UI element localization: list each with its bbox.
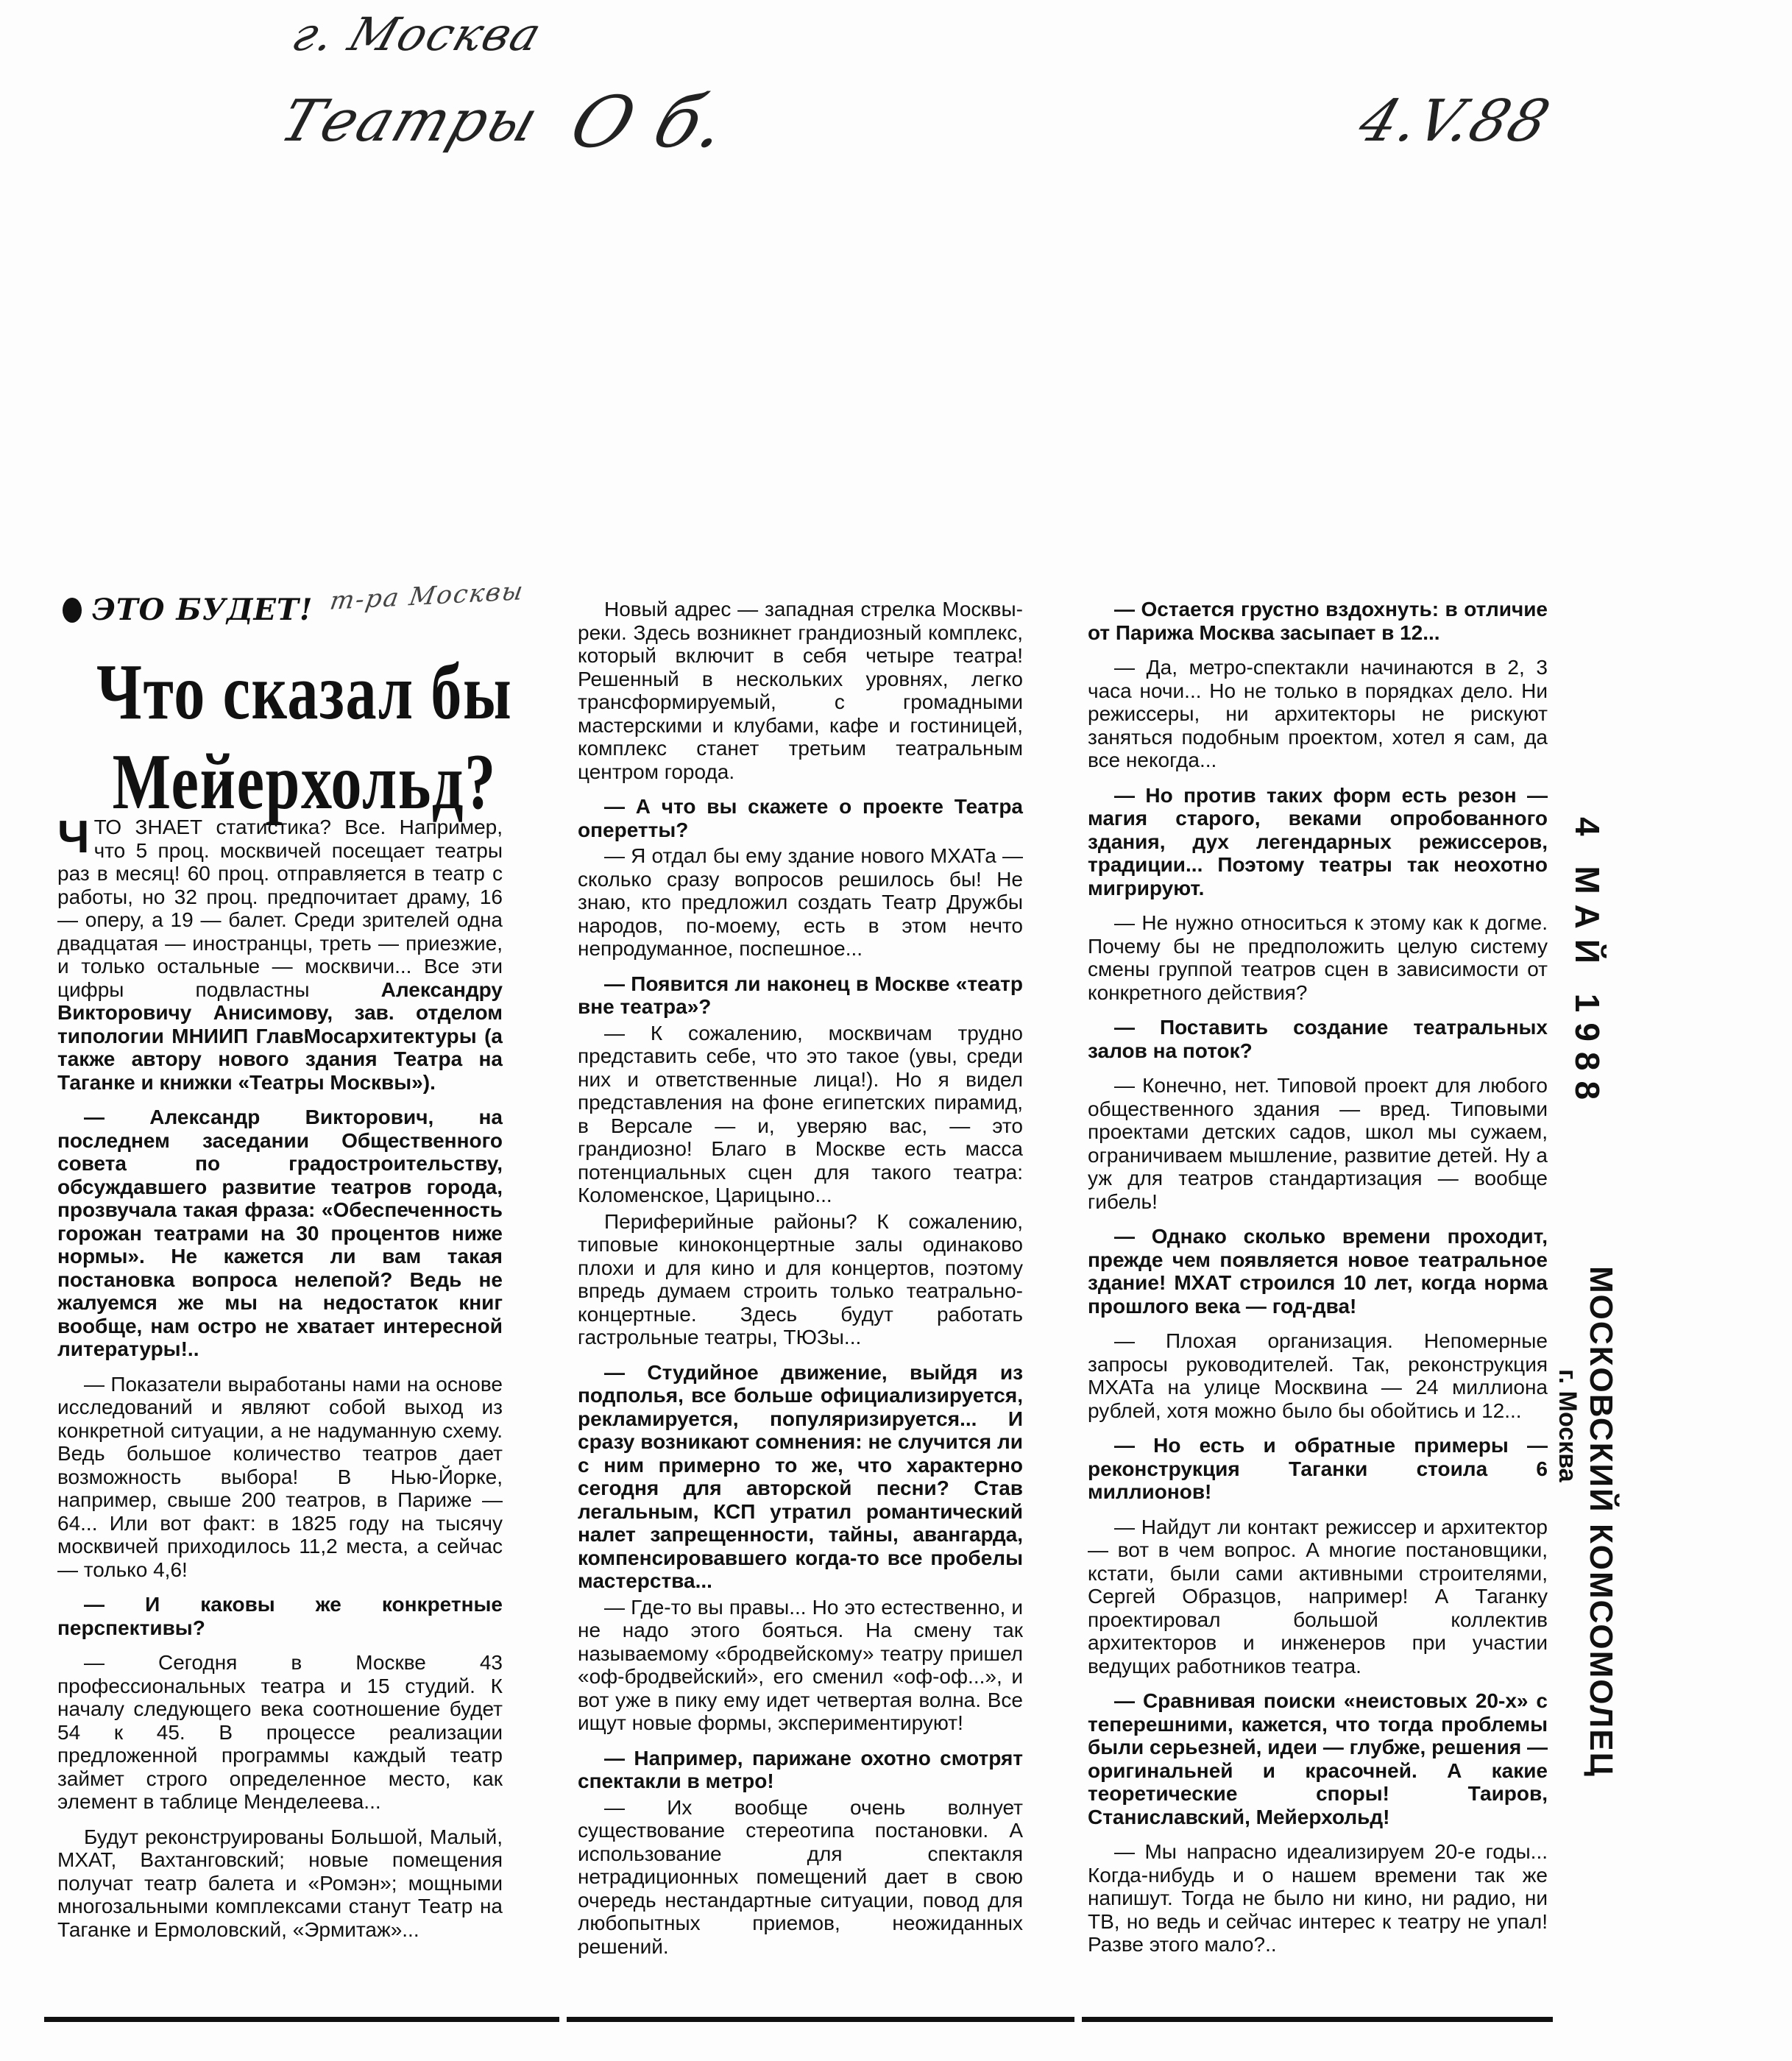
drop-cap: Ч [57, 817, 90, 858]
question-paragraph: — Появится ли наконец в Москве «театр вн… [578, 972, 1023, 1019]
answer-paragraph: — Да, метро-спектакли начинаются в 2, 3 … [1088, 656, 1548, 772]
question-paragraph: — Александр Викторович, на последнем зас… [57, 1106, 503, 1361]
stamp-newspaper: МОСКОВСКИЙ КОМСОМОЛЕЦ [1582, 1266, 1619, 1778]
answer-paragraph: Будут реконструированы Большой, Малый, М… [57, 1825, 503, 1942]
handwritten-mark: О б. [561, 81, 740, 163]
column-rule [44, 2017, 559, 2022]
lead-paragraph: ЧТО ЗНАЕТ статистика? Все. Например, что… [57, 816, 503, 1094]
handwritten-date: 4.V.88 [1350, 88, 1558, 155]
answer-paragraph: — Сегодня в Москве 43 профессиональных т… [57, 1651, 503, 1814]
question-paragraph: — Поставить создание театральных залов н… [1088, 1016, 1548, 1062]
question-paragraph: — Однако сколько времени проходит, прежд… [1088, 1225, 1548, 1318]
question-paragraph: — А что вы скажете о проекте Театра опер… [578, 795, 1023, 841]
answer-paragraph: — Не нужно относиться к этому как к догм… [1088, 911, 1548, 1004]
article-column-2: Новый адрес — западная стрелка Москвы-ре… [578, 598, 1023, 1970]
answer-paragraph: — Показатели выработаны нами на основе и… [57, 1373, 503, 1582]
question-paragraph: — И каковы же конкретные перспективы? [57, 1593, 503, 1639]
handwritten-city: г. Москва [286, 7, 549, 61]
question-paragraph: — Но есть и обратные примеры — реконстру… [1088, 1434, 1548, 1504]
handwritten-note: т-ра Москвы [328, 576, 527, 616]
question-paragraph: — Сравнивая поиски «неистовых 20-х» с те… [1088, 1689, 1548, 1828]
column-rule [567, 2017, 1074, 2022]
answer-paragraph: Периферийные районы? К сожалению, типовы… [578, 1210, 1023, 1349]
article-column-1: ЧТО ЗНАЕТ статистика? Все. Например, что… [57, 816, 503, 1953]
question-paragraph: — Студийное движение, выйдя из подполья,… [578, 1361, 1023, 1593]
answer-paragraph: — Мы напрасно идеализируем 20-е годы... … [1088, 1840, 1548, 1956]
stamp-date: 4 МАЙ 1988 [1568, 817, 1607, 1110]
answer-paragraph: — Я отдал бы ему здание нового МХАТа — с… [578, 844, 1023, 961]
article-headline: Что сказал бы Мейерхольд? [66, 648, 542, 827]
answer-paragraph: — Где-то вы правы... Но это естественно,… [578, 1596, 1023, 1735]
article-column-3: — Остается грустно вздохнуть: в отличие … [1088, 598, 1548, 1968]
answer-paragraph: — Плохая организация. Непомерные запросы… [1088, 1329, 1548, 1422]
question-paragraph: — Но против таких форм есть резон — маги… [1088, 784, 1548, 900]
column-rule [1082, 2017, 1553, 2022]
answer-paragraph: — К сожалению, москвичам трудно представ… [578, 1022, 1023, 1207]
answer-paragraph: Новый адрес — западная стрелка Москвы-ре… [578, 598, 1023, 783]
bullet-icon [63, 598, 82, 623]
answer-paragraph: — Найдут ли контакт режиссер и архитекто… [1088, 1516, 1548, 1678]
stamp-city: г. Москва [1553, 1369, 1582, 1482]
handwritten-rubric: Театры [272, 88, 547, 155]
lead-text: ТО ЗНАЕТ статистика? Все. Например, что … [57, 816, 503, 1001]
answer-paragraph: — Их вообще очень волнует существование … [578, 1796, 1023, 1959]
question-paragraph: — Например, парижане охотно смотрят спек… [578, 1747, 1023, 1793]
question-paragraph: — Остается грустно вздохнуть: в отличие … [1088, 598, 1548, 644]
rubric-label: ЭТО БУДЕТ! [92, 593, 313, 627]
rubric: ЭТО БУДЕТ! [63, 593, 313, 627]
answer-paragraph: — Конечно, нет. Типовой проект для любог… [1088, 1074, 1548, 1213]
